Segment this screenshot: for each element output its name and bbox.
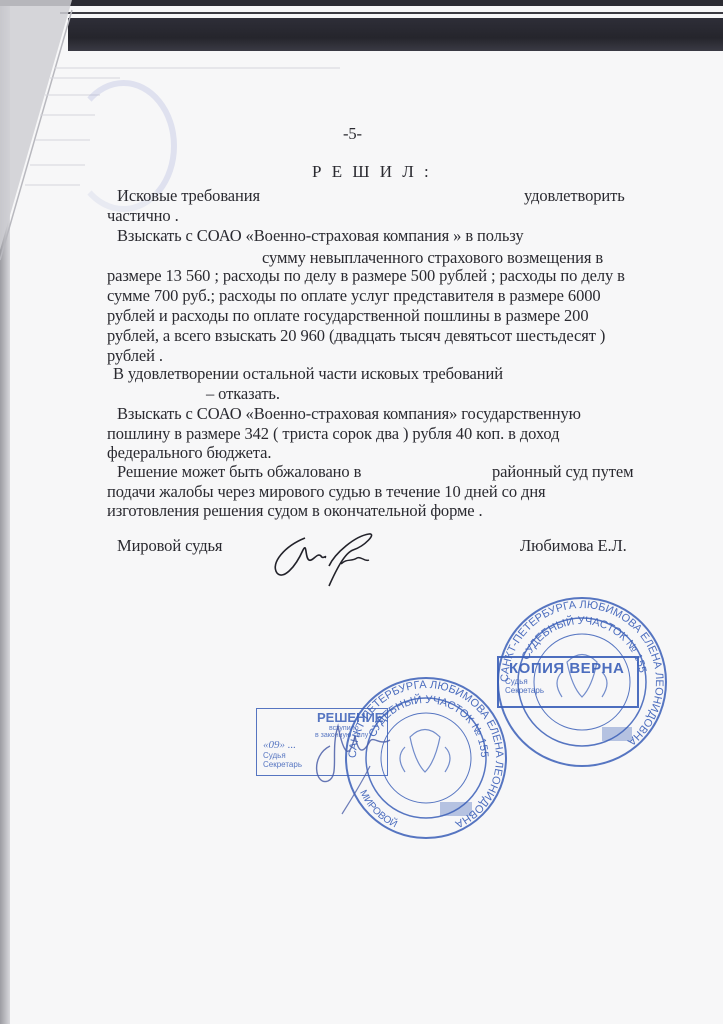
scan-header-bar — [68, 18, 723, 51]
body-line: сумму невыплаченного страхового возмещен… — [262, 248, 603, 268]
body-line: районный суд путем — [492, 462, 633, 482]
body-line: – отказать. — [206, 384, 280, 404]
scan-top-strip — [0, 0, 723, 6]
certified-copy-secretary-label: Секретарь — [499, 686, 637, 695]
certified-copy-judge-label: Судья — [499, 677, 637, 686]
body-line: рублей, а всего взыскать 20 960 (двадцат… — [107, 326, 605, 346]
scan-header-line — [60, 12, 723, 14]
body-line: размере 13 560 ; расходы по делу в разме… — [107, 266, 625, 286]
body-line: Исковые требования — [117, 186, 260, 206]
scan-left-edge — [0, 0, 10, 1024]
body-line: сумме 700 руб.; расходы по оплате услуг … — [107, 286, 601, 306]
body-line: изготовления решения судом в окончательн… — [107, 501, 483, 521]
body-line: рублей . — [107, 346, 163, 366]
body-line: удовлетворить — [524, 186, 625, 206]
certified-copy-stamp: КОПИЯ ВЕРНА Судья Секретарь — [497, 656, 639, 708]
body-line: Взыскать с СОАО «Военно-страховая компан… — [117, 226, 523, 246]
document-title: Р Е Ш И Л : — [312, 162, 432, 182]
body-line: федерального бюджета. — [107, 443, 271, 463]
body-line: подачи жалобы через мирового судью в теч… — [107, 482, 546, 502]
certified-copy-title: КОПИЯ ВЕРНА — [499, 658, 637, 677]
judge-name: Любимова Е.Л. — [520, 536, 627, 556]
page-number: -5- — [343, 124, 362, 144]
body-line: рублей и расходы по оплате государственн… — [107, 306, 588, 326]
body-line: Решение может быть обжаловано в — [117, 462, 361, 482]
judge-signature-icon — [265, 528, 385, 588]
body-line: пошлину в размере 342 ( триста сорок два… — [107, 424, 559, 444]
signature-label: Мировой судья — [117, 536, 222, 556]
body-line: Взыскать с СОАО «Военно-страховая компан… — [117, 404, 581, 424]
stamp-signature-icon — [300, 706, 410, 816]
body-line: частично . — [107, 206, 179, 226]
body-line: В удовлетворении остальной части исковых… — [113, 364, 503, 384]
